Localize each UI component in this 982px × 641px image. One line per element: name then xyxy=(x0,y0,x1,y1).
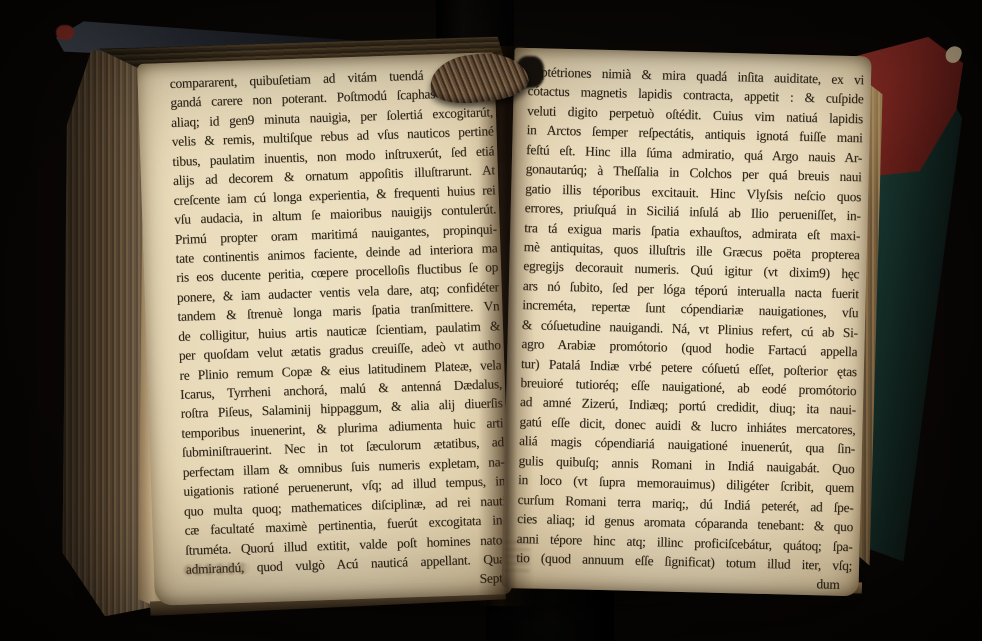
spine-red-label xyxy=(56,25,74,40)
show-through-mark xyxy=(184,563,250,576)
left-page-text: compararent, quibuſetiam ad vitám tuendá… xyxy=(170,65,509,581)
right-page-text: Septétriones nimià & mira quadá inſita a… xyxy=(516,64,864,577)
book-photo: compararent, quibuſetiam ad vitám tuendá… xyxy=(0,0,982,641)
left-page: compararent, quibuſetiam ad vitám tuendá… xyxy=(137,52,512,606)
right-page: Septétriones nimià & mira quadá inſita a… xyxy=(501,48,871,597)
gutter-shadow xyxy=(478,46,534,606)
